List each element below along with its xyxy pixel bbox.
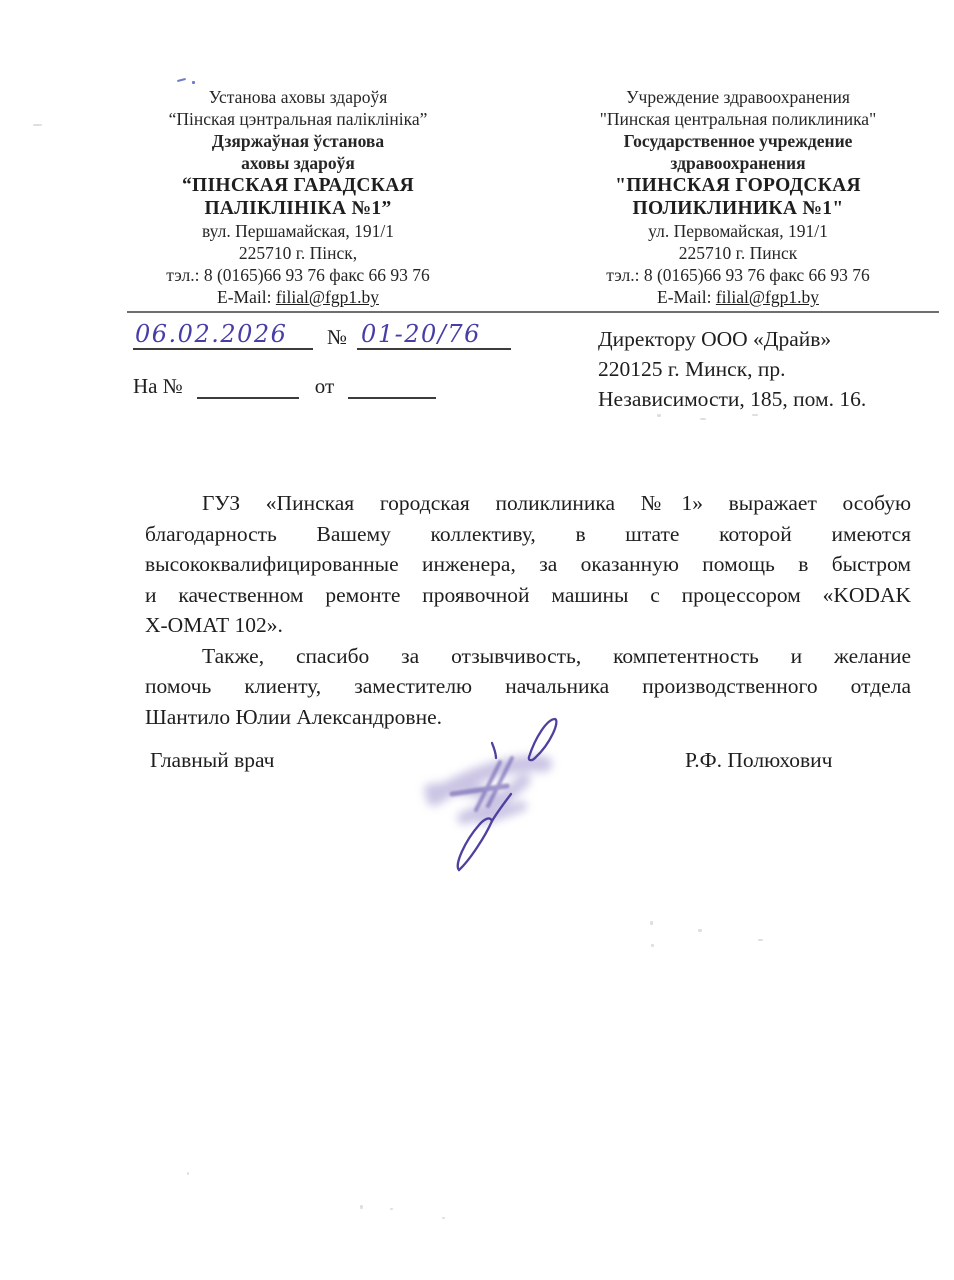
letterhead-line: аховы здароўя xyxy=(112,152,484,174)
body-line: благодарность Вашему коллективу, в штате… xyxy=(145,519,911,550)
number-sign-label: № xyxy=(327,325,347,350)
letterhead-russian: Учреждение здравоохранения "Пинская цент… xyxy=(552,86,924,309)
email-address: filial@fgp1.by xyxy=(276,287,379,307)
reply-reference-row: На № от xyxy=(133,372,533,399)
letterhead-org-name: ПАЛІКЛІНІКА №1” xyxy=(112,197,484,220)
scan-speck xyxy=(33,124,42,126)
reference-block: 06.02.2026 № 01-20/76 На № от xyxy=(133,320,533,399)
email-label: E-Mail: xyxy=(217,287,271,307)
letterhead-line: Установа аховы здароўя xyxy=(112,86,484,108)
scan-speck xyxy=(390,1208,393,1210)
date-field: 06.02.2026 xyxy=(133,320,313,350)
stray-ink-dash xyxy=(177,78,186,82)
scan-speck xyxy=(187,1172,189,1175)
scan-speck xyxy=(758,939,763,941)
letterhead-address: 225710 г. Пінск, xyxy=(112,242,484,264)
scan-speck xyxy=(698,929,702,932)
letterhead-line: Учреждение здравоохранения xyxy=(552,86,924,108)
letterhead-line: Дзяржаўная ўстанова xyxy=(112,130,484,152)
letterhead-address: ул. Первомайская, 191/1 xyxy=(552,220,924,242)
scan-speck xyxy=(650,921,653,925)
recipient-line: Независимости, 185, пом. 16. xyxy=(598,384,928,414)
letterhead-org-name: “ПІНСКАЯ ГАРАДСКАЯ xyxy=(112,174,484,197)
body-line: Х-ОМАТ 102». xyxy=(145,610,911,641)
scan-speck xyxy=(657,414,661,417)
letterhead-address: 225710 г. Пинск xyxy=(552,242,924,264)
scan-speck xyxy=(360,1205,363,1209)
letterhead-phone: тэл.: 8 (0165)66 93 76 факс 66 93 76 xyxy=(112,264,484,286)
letterhead-org-name: ПОЛИКЛИНИКА №1" xyxy=(552,197,924,220)
letterhead-line: Государственное учреждение xyxy=(552,130,924,152)
letterhead-org-name: "ПИНСКАЯ ГОРОДСКАЯ xyxy=(552,174,924,197)
reply-number-field xyxy=(197,372,299,399)
letterhead-divider-rule xyxy=(127,311,939,313)
email-label: E-Mail: xyxy=(657,287,711,307)
paragraph-gratitude: ГУЗ «Пинская городская поликлиника №1» в… xyxy=(145,488,911,641)
email-address: filial@fgp1.by xyxy=(716,287,819,307)
scanned-letter-page: Установа аховы здароўя “Пінская цэнтраль… xyxy=(0,0,954,1280)
letterhead-line: “Пінская цэнтральная паліклініка” xyxy=(112,108,484,130)
outgoing-date-number-row: 06.02.2026 № 01-20/76 xyxy=(133,320,533,350)
signer-position: Главный врач xyxy=(150,748,274,773)
body-line: ГУЗ «Пинская городская поликлиника №1» в… xyxy=(145,488,911,519)
letterhead-phone: тэл.: 8 (0165)66 93 76 факс 66 93 76 xyxy=(552,264,924,286)
letterhead-line: "Пинская центральная поликлиника" xyxy=(552,108,924,130)
reply-label: На № xyxy=(133,374,183,399)
body-line: помочь клиенту, заместителю начальника п… xyxy=(145,671,911,702)
letterhead-line: здравоохранения xyxy=(552,152,924,174)
scan-speck xyxy=(651,944,654,947)
letterhead-email-line: E-Mail: filial@fgp1.by xyxy=(552,286,924,309)
outgoing-number-field: 01-20/76 xyxy=(357,320,511,350)
scan-speck xyxy=(442,1217,445,1219)
signature-ink xyxy=(412,698,582,888)
recipient-line: 220125 г. Минск, пр. xyxy=(598,354,928,384)
letterhead-address: вул. Першамайская, 191/1 xyxy=(112,220,484,242)
reply-date-field xyxy=(348,372,436,399)
letter-body: ГУЗ «Пинская городская поликлиника №1» в… xyxy=(145,488,911,732)
body-line: Также, спасибо за отзывчивость, компетен… xyxy=(145,641,911,672)
scan-speck xyxy=(752,414,758,416)
stray-ink-dot xyxy=(192,81,195,84)
signer-name: Р.Ф. Полюхович xyxy=(685,748,832,773)
scan-speck xyxy=(700,418,706,420)
recipient-address-block: Директору ООО «Драйв» 220125 г. Минск, п… xyxy=(598,324,928,414)
reply-from-label: от xyxy=(315,374,334,399)
handwritten-date: 06.02.2026 xyxy=(135,320,287,348)
body-line: и качественном ремонте проявочной машины… xyxy=(145,580,911,611)
body-line: высококвалифицированные инженера, за ока… xyxy=(145,549,911,580)
letterhead-belarusian: Установа аховы здароўя “Пінская цэнтраль… xyxy=(112,86,484,309)
recipient-line: Директору ООО «Драйв» xyxy=(598,324,928,354)
handwritten-number: 01-20/76 xyxy=(361,320,481,348)
letterhead-email-line: E-Mail: filial@fgp1.by xyxy=(112,286,484,309)
